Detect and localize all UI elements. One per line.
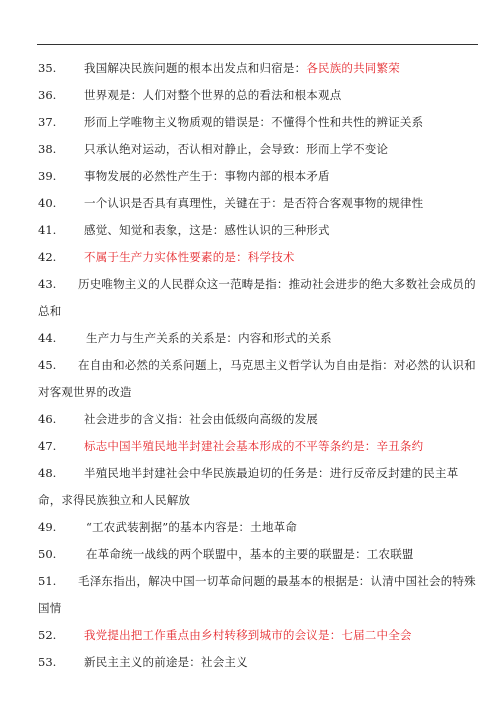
list-item-43: 43. 历史唯物主义的人民群众这一范畴是指：推动社会进步的绝大多数社会成员的总和	[38, 271, 480, 325]
header-rule	[37, 44, 478, 45]
list-item-49: 49. “工农武装割据”的基本内容是：土地革命	[38, 514, 480, 541]
item-text: 感觉、知觉和表象，这是：感性认识的三种形式	[38, 217, 480, 244]
item-number: 38.	[38, 136, 78, 163]
item-text: 事物发展的必然性产生于：事物内部的根本矛盾	[38, 163, 480, 190]
item-number: 53.	[38, 649, 78, 676]
item-text-highlighted: 不属于生产力实体性要素的是：科学技术	[38, 244, 480, 271]
item-text: 世界观是：人们对整个世界的总的看法和根本观点	[38, 82, 480, 109]
list-item-48: 48. 半殖民地半封建社会中华民族最迫切的任务是：进行反帝反封建的民主革命，求得…	[38, 460, 480, 514]
list-item-36: 36. 世界观是：人们对整个世界的总的看法和根本观点	[38, 82, 480, 109]
list-item-41: 41. 感觉、知觉和表象，这是：感性认识的三种形式	[38, 217, 480, 244]
list-item-51: 51. 毛泽东指出，解决中国一切革命问题的最基本的根据是：认清中国社会的特殊国情	[38, 568, 480, 622]
item-number: 41.	[38, 217, 78, 244]
item-number: 36.	[38, 82, 78, 109]
list-item-46: 46. 社会进步的含义指：社会由低级向高级的发展	[38, 406, 480, 433]
list-item-42: 42. 不属于生产力实体性要素的是：科学技术	[38, 244, 480, 271]
item-text: 形而上学唯物主义物质观的错误是：不懂得个性和共性的辨证关系	[38, 109, 480, 136]
item-number: 50.	[38, 541, 78, 568]
list-item-47: 47. 标志中国半殖民地半封建社会基本形成的不平等条约是：辛丑条约	[38, 433, 480, 460]
item-number: 46.	[38, 406, 78, 433]
item-text: 一个认识是否具有真理性，关键在于：是否符合客观事物的规律性	[38, 190, 480, 217]
item-number: 49.	[38, 514, 78, 541]
list-item-38: 38. 只承认绝对运动，否认相对静止，会导致：形而上学不变论	[38, 136, 480, 163]
item-number: 51.	[38, 568, 78, 595]
item-text: 在革命统一战线的两个联盟中，基本的主要的联盟是：工农联盟	[38, 541, 480, 568]
item-text: 社会进步的含义指：社会由低级向高级的发展	[38, 406, 480, 433]
answer-highlight: 各民族的共同繁荣	[306, 61, 400, 75]
list-item-53: 53. 新民主主义的前途是：社会主义	[38, 649, 480, 676]
list-item-40: 40. 一个认识是否具有真理性，关键在于：是否符合客观事物的规律性	[38, 190, 480, 217]
item-number: 48.	[38, 460, 78, 487]
item-text: “工农武装割据”的基本内容是：土地革命	[38, 514, 480, 541]
item-number: 39.	[38, 163, 78, 190]
item-text: 我国解决民族问题的根本出发点和归宿是：各民族的共同繁荣	[38, 55, 480, 82]
item-text: 历史唯物主义的人民群众这一范畴是指：推动社会进步的绝大多数社会成员的总和	[38, 271, 480, 325]
document-body: 35. 我国解决民族问题的根本出发点和归宿是：各民族的共同繁荣 36. 世界观是…	[38, 55, 480, 676]
item-text: 半殖民地半封建社会中华民族最迫切的任务是：进行反帝反封建的民主革命，求得民族独立…	[38, 460, 480, 514]
list-item-44: 44. 生产力与生产关系的关系是：内容和形式的关系	[38, 325, 480, 352]
item-number: 47.	[38, 433, 78, 460]
list-item-45: 45. 在自由和必然的关系问题上，马克思主义哲学认为自由是指：对必然的认识和对客…	[38, 352, 480, 406]
list-item-35: 35. 我国解决民族问题的根本出发点和归宿是：各民族的共同繁荣	[38, 55, 480, 82]
item-number: 37.	[38, 109, 78, 136]
item-text: 毛泽东指出，解决中国一切革命问题的最基本的根据是：认清中国社会的特殊国情	[38, 568, 480, 622]
item-number: 45.	[38, 352, 78, 379]
list-item-37: 37. 形而上学唯物主义物质观的错误是：不懂得个性和共性的辨证关系	[38, 109, 480, 136]
item-text: 只承认绝对运动，否认相对静止，会导致：形而上学不变论	[38, 136, 480, 163]
list-item-50: 50. 在革命统一战线的两个联盟中，基本的主要的联盟是：工农联盟	[38, 541, 480, 568]
list-item-39: 39. 事物发展的必然性产生于：事物内部的根本矛盾	[38, 163, 480, 190]
item-number: 44.	[38, 325, 78, 352]
item-number: 35.	[38, 55, 78, 82]
item-text-highlighted: 标志中国半殖民地半封建社会基本形成的不平等条约是：辛丑条约	[38, 433, 480, 460]
list-item-52: 52. 我党提出把工作重点由乡村转移到城市的会议是：七届二中全会	[38, 622, 480, 649]
item-text-highlighted: 我党提出把工作重点由乡村转移到城市的会议是：七届二中全会	[38, 622, 480, 649]
item-number: 52.	[38, 622, 78, 649]
item-number: 42.	[38, 244, 78, 271]
item-number: 40.	[38, 190, 78, 217]
item-text: 新民主主义的前途是：社会主义	[38, 649, 480, 676]
item-number: 43.	[38, 271, 78, 298]
item-text: 在自由和必然的关系问题上，马克思主义哲学认为自由是指：对必然的认识和对客观世界的…	[38, 352, 480, 406]
item-text: 生产力与生产关系的关系是：内容和形式的关系	[38, 325, 480, 352]
